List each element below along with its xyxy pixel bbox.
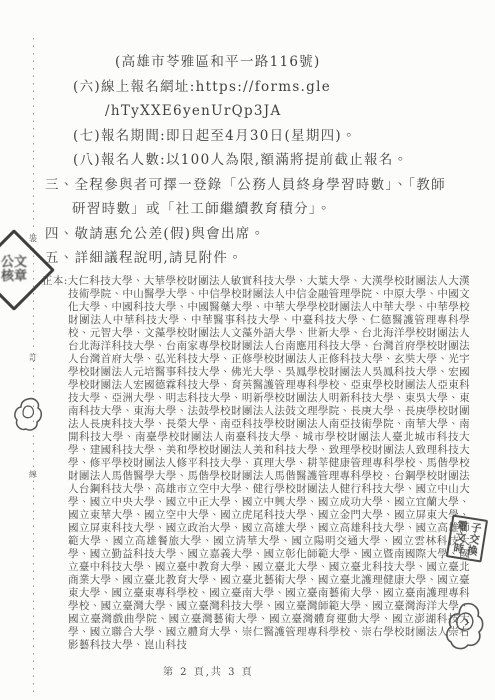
item-8-marker: (八): [73, 152, 101, 168]
binding-dotted-line: [33, 38, 34, 693]
binding-char-xian: 線: [28, 470, 38, 479]
item-5-marker: 五、: [45, 250, 75, 266]
diamond-seal-text: 公文核章: [0, 256, 31, 284]
item-8-text: 報名人數:以100人為限,額滿將提前截止報名。: [101, 152, 409, 168]
recipients-list: 大仁科技大學、大華學校財團法人敏實科技大學、大葉大學、大漢學校財團法人大漢技術學…: [68, 275, 470, 651]
item-6-url-continuation: /hTyXXE6yenUrQp3JA: [45, 99, 460, 124]
item-4-marker: 四、: [45, 226, 75, 242]
binding-char-ding: 訂: [28, 353, 38, 362]
list-item-7: (七)報名期間:即日起至4月30日(星期四)。: [45, 124, 460, 149]
binding-char-zhuang: 裝: [28, 234, 38, 243]
recipients-label: 正本:: [42, 275, 68, 287]
list-item-5: 五、詳細議程說明,請見附件。: [45, 246, 460, 271]
list-item-4: 四、敬請惠允公差(假)與會出席。: [45, 222, 460, 247]
item-5-text: 詳細議程說明,請見附件。: [75, 250, 243, 266]
item-3-marker: 三、: [45, 177, 75, 193]
item-7-marker: (七): [73, 128, 101, 144]
scanned-document-page: 裝 訂 線 公文核章 電文時 子交換 (高雄市苓雅區和平一路116號) (六)線…: [0, 0, 495, 700]
page-number-footer: 第 2 頁,共 3 頁: [163, 663, 254, 678]
list-item-3: 三、全程參與者可擇一登錄「公務人員終身學習時數」、「教師研習時數」或「社工師繼續…: [45, 173, 460, 222]
item-7-text: 報名期間:即日起至4月30日(星期四)。: [101, 128, 357, 144]
item-6-text: 線上報名網址:https://forms.gle: [101, 79, 331, 95]
recipients-block: 正本:大仁科技大學、大華學校財團法人敏實科技大學、大葉大學、大漢學校財團法人大漢…: [42, 275, 470, 652]
seal-flourish-left: [14, 396, 44, 436]
venue-address-line: (高雄市苓雅區和平一路116號): [45, 50, 460, 75]
item-6-marker: (六): [73, 79, 101, 95]
list-item-6: (六)線上報名網址:https://forms.gle: [45, 75, 460, 100]
list-item-8: (八)報名人數:以100人為限,額滿將提前截止報名。: [45, 148, 460, 173]
item-3-text: 全程參與者可擇一登錄「公務人員終身學習時數」、「教師研習時數」或「社工師繼續教育…: [72, 177, 446, 218]
item-4-text: 敬請惠允公差(假)與會出席。: [75, 226, 266, 242]
document-body: (高雄市苓雅區和平一路116號) (六)線上報名網址:https://forms…: [45, 50, 460, 652]
